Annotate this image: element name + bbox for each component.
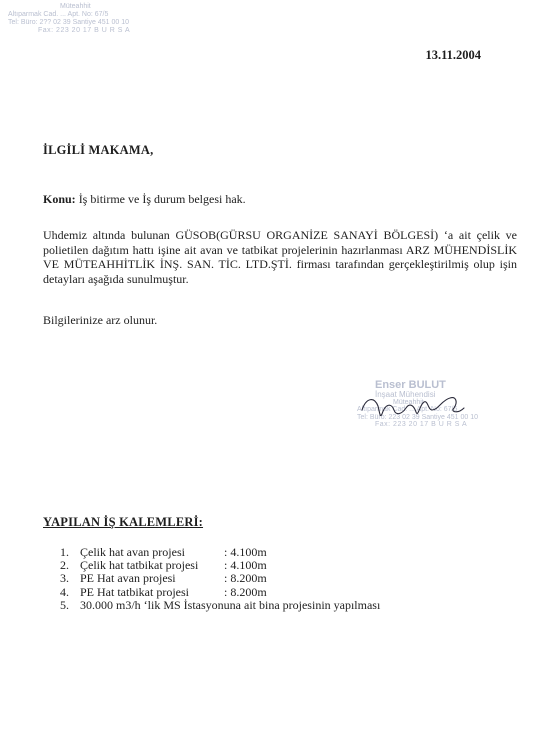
work-items-list: 1. Çelik hat avan projesi : 4.100m 2. Çe… — [60, 546, 75, 612]
stamp-line: Tel: Büro: 2?? 02 39 Santiye 451 00 10 — [8, 19, 130, 27]
list-item: 4. PE Hat tatbikat projesi : 8.200m — [60, 586, 75, 599]
section-title: YAPILAN İŞ KALEMLERİ: — [43, 515, 203, 530]
closing-line: Bilgilerinize arz olunur. — [43, 313, 157, 328]
signature-scribble — [358, 384, 468, 424]
list-item: 3. PE Hat avan projesi : 8.200m — [60, 572, 75, 585]
body-paragraph: Uhdemiz altında bulunan GÜSOB(GÜRSU ORGA… — [43, 228, 517, 286]
subject-text: İş bitirme ve İş durum belgesi hak. — [76, 192, 246, 206]
list-item: 5. 30.000 m3/h ‘lik MS İstasyonuna ait b… — [60, 599, 75, 612]
letter-date: 13.11.2004 — [425, 48, 481, 63]
stamp-line: Fax: 223 20 17 B U R S A — [8, 27, 130, 35]
subject-line: Konu: İş bitirme ve İş durum belgesi hak… — [43, 192, 246, 207]
stamp-line: Altıparmak Cad. ... Apt. No: 67/5 — [8, 11, 130, 19]
subject-label: Konu: — [43, 192, 76, 206]
stamp-line: Müteahhit — [8, 3, 130, 11]
salutation: İLGİLİ MAKAMA, — [43, 143, 153, 158]
letterhead-stamp: Müteahhit Altıparmak Cad. ... Apt. No: 6… — [8, 3, 130, 35]
